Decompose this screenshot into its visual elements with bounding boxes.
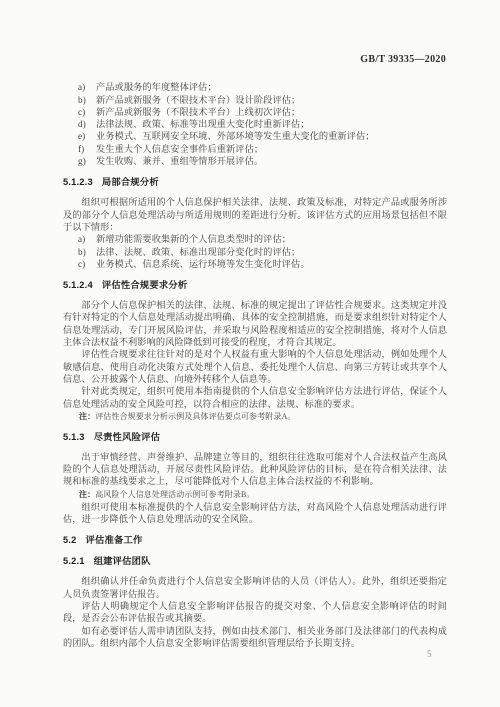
list-item-text: 产品或服务的年度整体评估； [96,81,447,93]
list-item: a)新增功能需要收集新的个人信息类型时的评估； [78,233,447,245]
heading-number: 5.2.1 [63,556,85,566]
list-item-label: c) [78,106,96,118]
list-item: d)法律法规、政策、标准等出现重大变化时重新评估； [78,118,447,130]
heading-title: 局部合规分析 [102,177,159,187]
list-item-text: 新产品或新服务（不限技术平台）上线初次评估； [96,106,447,118]
note-text: 评估性合规要求分析示例及具体评估要点可参考附录A。 [95,412,295,421]
paragraph: 评估性合规要求往往针对的是对个人权益有重大影响的个人信息处理活动，例如处理个人敏… [63,348,447,385]
paragraph: 如有必要评估人需申请团队支持，例如由技术部门、相关业务部门及法律部门的代表构成的… [63,625,447,650]
list-item-label: g) [78,155,96,167]
list-item-label: b) [78,246,96,258]
document-page: GB/T 39335—2020 a)产品或服务的年度整体评估； b)新产品或新服… [0,0,500,707]
list-item: c)业务模式、信息系统、运行环境等发生变化时评估。 [78,258,447,270]
section-heading-5-1-2-3: 5.1.2.3局部合规分析 [63,176,447,188]
note-label: 注： [79,490,95,499]
paragraph: 部分个人信息保护相关的法律、法规、标准的规定提出了评估性合规要求。这类规定并没有… [63,299,447,348]
section-heading-5-2-1: 5.2.1组建评估团队 [63,555,447,567]
note-text: 高风险个人信息处理活动示例可参考附录B。 [95,490,254,499]
paragraph: 组织可根据所适用的个人信息保护相关法律、法规、政策及标准，对特定产品或服务所涉及… [63,196,447,233]
partial-compliance-list: a)新增功能需要收集新的个人信息类型时的评估； b)法律、法规、政策、标准出现部… [63,233,447,270]
heading-number: 5.2 [63,535,77,545]
list-item-text: 发生重大个人信息安全事件后重新评估； [96,143,447,155]
paragraph: 评估人明确规定个人信息安全影响评估报告的提交对象、个人信息安全影响评估的时间段，… [63,600,447,625]
list-item: f)发生重大个人信息安全事件后重新评估； [78,143,447,155]
list-item-text: 新增功能需要收集新的个人信息类型时的评估； [96,233,447,245]
list-item: e)业务模式、互联网安全环境、外部环境等发生重大变化的重新评估； [78,130,447,142]
evaluation-occasions-list: a)产品或服务的年度整体评估； b)新产品或新服务（不限技术平台）设计阶段评估；… [63,81,447,167]
list-item-label: b) [78,94,96,106]
list-item-label: a) [78,233,96,245]
heading-title: 评估准备工作 [86,535,143,545]
list-item: b)新产品或新服务（不限技术平台）设计阶段评估； [78,94,447,106]
section-heading-5-1-2-4: 5.1.2.4评估性合规要求分析 [63,279,447,291]
list-item-label: e) [78,130,96,142]
paragraph: 针对此类规定，组织可使用本指南提供的个人信息安全影响评估方法进行评估，保证个人信… [63,385,447,410]
list-item: b)法律、法规、政策、标准出现部分变化时的评估； [78,246,447,258]
section-heading-5-2: 5.2评估准备工作 [63,534,447,546]
paragraph: 组织可使用本标准提供的个人信息安全影响评估方法，对高风险个人信息处理活动进行评估… [63,501,447,526]
list-item: a)产品或服务的年度整体评估； [78,81,447,93]
page-content: GB/T 39335—2020 a)产品或服务的年度整体评估； b)新产品或新服… [63,54,447,649]
list-item-text: 业务模式、互联网安全环境、外部环境等发生重大变化的重新评估； [96,130,447,142]
list-item: g)发生收购、兼并、重组等情形开展评估。 [78,155,447,167]
list-item-text: 发生收购、兼并、重组等情形开展评估。 [96,155,447,167]
paragraph: 组织确认并任命负责进行个人信息安全影响评估的人员（评估人）。此外，组织还要指定人… [63,575,447,600]
page-number: 5 [427,649,432,659]
doc-number: GB/T 39335—2020 [360,54,446,65]
heading-title: 尽责性风险评估 [94,432,160,442]
list-item: c)新产品或新服务（不限技术平台）上线初次评估； [78,106,447,118]
heading-title: 组建评估团队 [94,556,151,566]
list-item-label: d) [78,118,96,130]
list-item-label: c) [78,258,96,270]
note: 注：评估性合规要求分析示例及具体评估要点可参考附录A。 [79,411,447,422]
list-item-label: a) [78,81,96,93]
section-heading-5-1-3: 5.1.3尽责性风险评估 [63,431,447,443]
heading-title: 评估性合规要求分析 [102,280,187,290]
list-item-text: 法律法规、政策、标准等出现重大变化时重新评估； [96,118,447,130]
list-item-text: 业务模式、信息系统、运行环境等发生变化时评估。 [96,258,447,270]
heading-number: 5.1.3 [63,432,85,442]
note: 注：高风险个人信息处理活动示例可参考附录B。 [79,489,447,500]
paragraph: 出于审慎经营、声誉维护、品牌建立等目的，组织往往选取可能对个人合法权益产生高风险… [63,451,447,488]
note-label: 注： [79,412,95,421]
list-item-text: 法律、法规、政策、标准出现部分变化时的评估； [96,246,447,258]
page-header: GB/T 39335—2020 [63,54,447,66]
heading-number: 5.1.2.3 [63,177,93,187]
list-item-text: 新产品或新服务（不限技术平台）设计阶段评估； [96,94,447,106]
heading-number: 5.1.2.4 [63,280,93,290]
list-item-label: f) [78,143,96,155]
